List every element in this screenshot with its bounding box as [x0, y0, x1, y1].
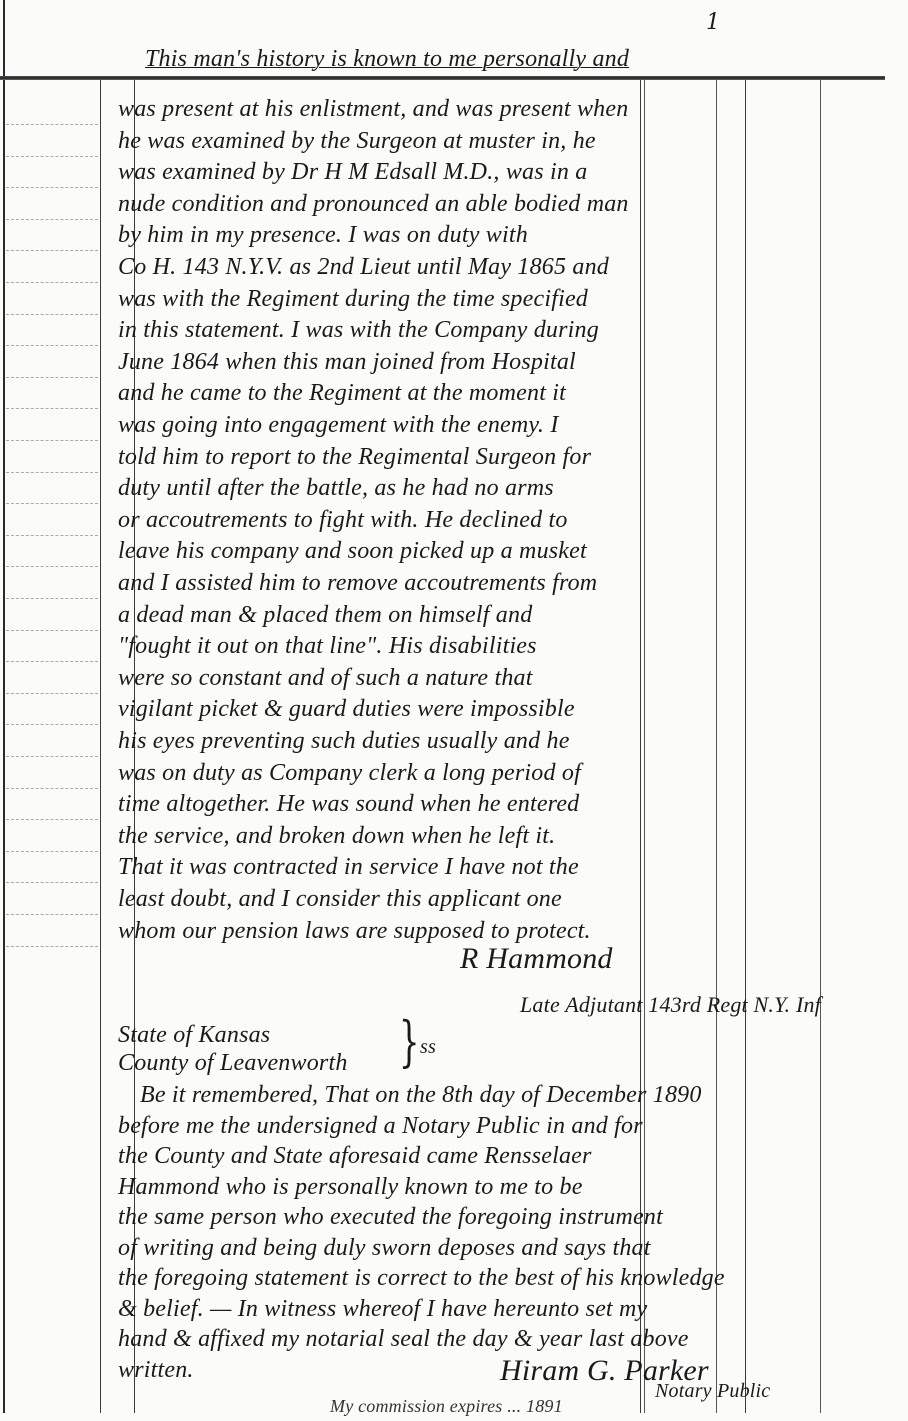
column-rule-5 [820, 80, 821, 1413]
affidavit-line: time altogether. He was sound when he en… [118, 791, 579, 818]
affidavit-line: told him to report to the Regimental Sur… [118, 444, 591, 471]
affidavit-line: whom our pension laws are supposed to pr… [118, 918, 591, 945]
column-rule-3 [716, 80, 717, 1413]
document-page: 1 This man's history is known to me pers… [0, 0, 908, 1421]
margin-guide-row [6, 440, 98, 441]
margin-guide-row [6, 851, 98, 852]
affidavit-line: were so constant and of such a nature th… [118, 665, 533, 692]
venue-county: County of Leavenworth [118, 1050, 348, 1077]
affidavit-line: in this statement. I was with the Compan… [118, 317, 599, 344]
jurat-line: the same person who executed the foregoi… [118, 1204, 663, 1231]
margin-guide-row [6, 503, 98, 504]
signature-parker-title: Notary Public [655, 1380, 770, 1403]
signature-hammond: R Hammond [460, 942, 613, 976]
affidavit-line: the service, and broken down when he lef… [118, 823, 555, 850]
page-left-edge [3, 0, 5, 1413]
margin-guide-row [6, 282, 98, 283]
margin-guide-row [6, 408, 98, 409]
margin-guide-row [6, 250, 98, 251]
jurat-line: & belief. — In witness whereof I have he… [118, 1296, 647, 1323]
jurat-line: Be it remembered, That on the 8th day of… [140, 1082, 702, 1109]
margin-guide-row [6, 630, 98, 631]
affidavit-line: was going into engagement with the enemy… [118, 412, 559, 439]
affidavit-line: a dead man & placed them on himself and [118, 602, 532, 629]
affidavit-line: by him in my presence. I was on duty wit… [118, 222, 528, 249]
jurat-line: hand & affixed my notarial seal the day … [118, 1326, 689, 1353]
header-line: This man's history is known to me person… [145, 46, 629, 73]
affidavit-line: vigilant picket & guard duties were impo… [118, 696, 575, 723]
affidavit-line: nude condition and pronounced an able bo… [118, 191, 629, 218]
margin-guide-row [6, 914, 98, 915]
margin-guide-row [6, 377, 98, 378]
affidavit-line: was on duty as Company clerk a long peri… [118, 760, 581, 787]
affidavit-line: least doubt, and I consider this applica… [118, 886, 562, 913]
affidavit-line: "fought it out on that line". His disabi… [118, 633, 537, 660]
affidavit-line: was present at his enlistment, and was p… [118, 96, 628, 123]
affidavit-line: June 1864 when this man joined from Hosp… [118, 349, 576, 376]
margin-guide-row [6, 598, 98, 599]
commission-line: My commission expires ... 1891 [330, 1396, 563, 1417]
margin-guide-row [6, 535, 98, 536]
affidavit-line: was with the Regiment during the time sp… [118, 286, 588, 313]
jurat-line: the foregoing statement is correct to th… [118, 1265, 725, 1292]
affidavit-line: duty until after the battle, as he had n… [118, 475, 554, 502]
venue-brace: } [399, 1010, 420, 1073]
venue-state: State of Kansas [118, 1022, 270, 1049]
margin-guide-row [6, 187, 98, 188]
margin-guide-row [6, 819, 98, 820]
margin-guide-row [6, 693, 98, 694]
venue-ss: ss [420, 1036, 436, 1059]
margin-rule-1 [100, 80, 101, 1413]
affidavit-line: leave his company and soon picked up a m… [118, 538, 587, 565]
margin-guide-row [6, 756, 98, 757]
affidavit-line: he was examined by the Surgeon at muster… [118, 128, 596, 155]
affidavit-line: and he came to the Regiment at the momen… [118, 380, 566, 407]
margin-guide-row [6, 156, 98, 157]
affidavit-line: Co H. 143 N.Y.V. as 2nd Lieut until May … [118, 254, 609, 281]
page-number: 1 [706, 10, 720, 35]
margin-guide-row [6, 124, 98, 125]
margin-guide-row [6, 472, 98, 473]
affidavit-line: his eyes preventing such duties usually … [118, 728, 570, 755]
margin-guide-row [6, 946, 98, 947]
jurat-line: written. [118, 1357, 194, 1384]
jurat-line: of writing and being duly sworn deposes … [118, 1235, 651, 1262]
affidavit-line: That it was contracted in service I have… [118, 854, 579, 881]
affidavit-line: and I assisted him to remove accoutremen… [118, 570, 597, 597]
affidavit-line: or accoutrements to fight with. He decli… [118, 507, 568, 534]
jurat-line: the County and State aforesaid came Rens… [118, 1143, 592, 1170]
margin-guide-row [6, 345, 98, 346]
margin-guide-row [6, 882, 98, 883]
signature-hammond-title: Late Adjutant 143rd Regt N.Y. Inf [520, 992, 821, 1018]
margin-guide-row [6, 314, 98, 315]
header-rule [0, 76, 885, 80]
column-rule-4 [745, 80, 746, 1413]
margin-guide-row [6, 788, 98, 789]
affidavit-line: was examined by Dr H M Edsall M.D., was … [118, 159, 587, 186]
margin-guide-row [6, 661, 98, 662]
jurat-line: Hammond who is personally known to me to… [118, 1174, 583, 1201]
margin-guide-row [6, 219, 98, 220]
margin-guide-row [6, 724, 98, 725]
jurat-line: before me the undersigned a Notary Publi… [118, 1113, 643, 1140]
margin-guide-row [6, 566, 98, 567]
